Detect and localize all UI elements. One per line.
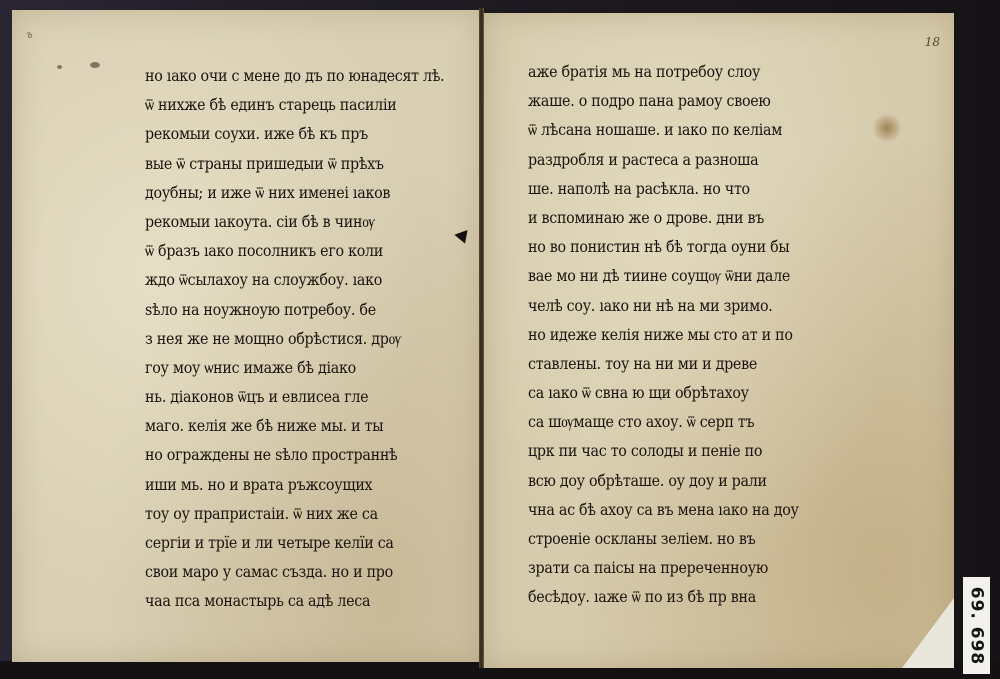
text-line: бесѣдоу. ıаже ѿ по из бѣ пр вна bbox=[528, 583, 799, 612]
right-page-text: аже братія мь на потребоу слоу жаше. о п… bbox=[528, 58, 822, 613]
ink-speck bbox=[90, 62, 100, 68]
shelfmark-label: 69. 698 bbox=[963, 577, 990, 674]
text-line: и вспоминаю же о дрове. дни въ bbox=[528, 204, 799, 233]
left-page-text: но ıако очи с мене до дъ по юнадесят лѣ.… bbox=[145, 62, 470, 617]
text-line: ѕѣло на ноужноую потребоу. бе bbox=[145, 296, 444, 325]
text-line: но идеже келія ниже мы сто ат и по bbox=[528, 321, 799, 350]
left-page: ъ но ıако очи с мене до дъ по юнадесят л… bbox=[12, 10, 480, 662]
text-line: вые ѿ страны пришедыи ѿ прѣхъ bbox=[145, 150, 444, 179]
stain bbox=[872, 113, 902, 143]
text-line: са шѹмаще сто ахоу. ѿ серп тъ bbox=[528, 408, 799, 437]
text-line: вае мо ни дѣ тиине соущѹ ѿни далe bbox=[528, 262, 799, 291]
text-line: свои маро у самас създа. но и про bbox=[145, 558, 444, 587]
text-line: нь. діаконов ѿцъ и евлисеа глe bbox=[145, 383, 444, 412]
text-line: ѿ бразъ ıако посолникъ его коли bbox=[145, 237, 444, 266]
text-line: рекомыи ıакоута. сіи бѣ в чинѹ bbox=[145, 208, 444, 237]
text-line: тоу оу прапристаіи. ѿ них же са bbox=[145, 500, 444, 529]
text-line: ѿ нихже бѣ единъ старець пасиліи bbox=[145, 91, 444, 120]
text-line: гоу моу ѡнис имаже бѣ діако bbox=[145, 354, 444, 383]
text-line: ѿ лѣсана ношаше. и ıако по келіам bbox=[528, 116, 799, 145]
text-line: црк пи час то солоды и пеніе по bbox=[528, 437, 799, 466]
text-line: доубны; и иже ѿ них именеі ıаков bbox=[145, 179, 444, 208]
folded-corner bbox=[902, 598, 954, 668]
text-line: чаа пса монастырь са адѣ леса bbox=[145, 587, 444, 616]
text-line: маго. келія же бѣ ниже мы. и ты bbox=[145, 412, 444, 441]
text-line: раздробля и растеса а разноша bbox=[528, 146, 799, 175]
text-line: жаше. о подро пана рамоу своею bbox=[528, 87, 799, 116]
text-line: зрати са паісы на пререченноую bbox=[528, 554, 799, 583]
text-line: но ıако очи с мене до дъ по юнадесят лѣ. bbox=[145, 62, 444, 91]
text-line: но ограждены не ѕѣло пространнѣ bbox=[145, 441, 444, 470]
text-line: рекомыи соухи. иже бѣ къ пръ bbox=[145, 120, 444, 149]
text-line: ше. наполѣ на расѣкла. но что bbox=[528, 175, 799, 204]
text-line: са ıако ѿ свна ю щи обрѣтахоу bbox=[528, 379, 799, 408]
ink-speck bbox=[57, 65, 62, 69]
text-line: з нея же не мощно обрѣстися. дрѹ bbox=[145, 325, 444, 354]
shelfmark-text: 69. 698 bbox=[967, 586, 987, 665]
text-line: ставлены. тоу на ни ми и древе bbox=[528, 350, 799, 379]
text-line: но во понистин нѣ бѣ тогда оуни бы bbox=[528, 233, 799, 262]
text-line: аже братія мь на потребоу слоу bbox=[528, 58, 799, 87]
text-line: чна ас бѣ ахоу са въ мена ıако на доу bbox=[528, 496, 799, 525]
text-line: ждо ѿсылахоу на слоужбоу. ıако bbox=[145, 266, 444, 295]
margin-mark: ъ bbox=[26, 30, 33, 41]
folio-number: 18 bbox=[925, 35, 940, 49]
text-line: иши мь. но и врата ръжсоущих bbox=[145, 471, 444, 500]
right-page: 18 аже братія мь на потребоу слоу жаше. … bbox=[484, 13, 954, 668]
text-line: сергіи и трїе и ли четыре келїи са bbox=[145, 529, 444, 558]
text-line: челѣ соу. ıако ни нѣ на ми зримо. bbox=[528, 292, 799, 321]
text-line: строеніе оскланы зеліем. но въ bbox=[528, 525, 799, 554]
text-line: всю доу обрѣташе. оу доу и рали bbox=[528, 467, 799, 496]
